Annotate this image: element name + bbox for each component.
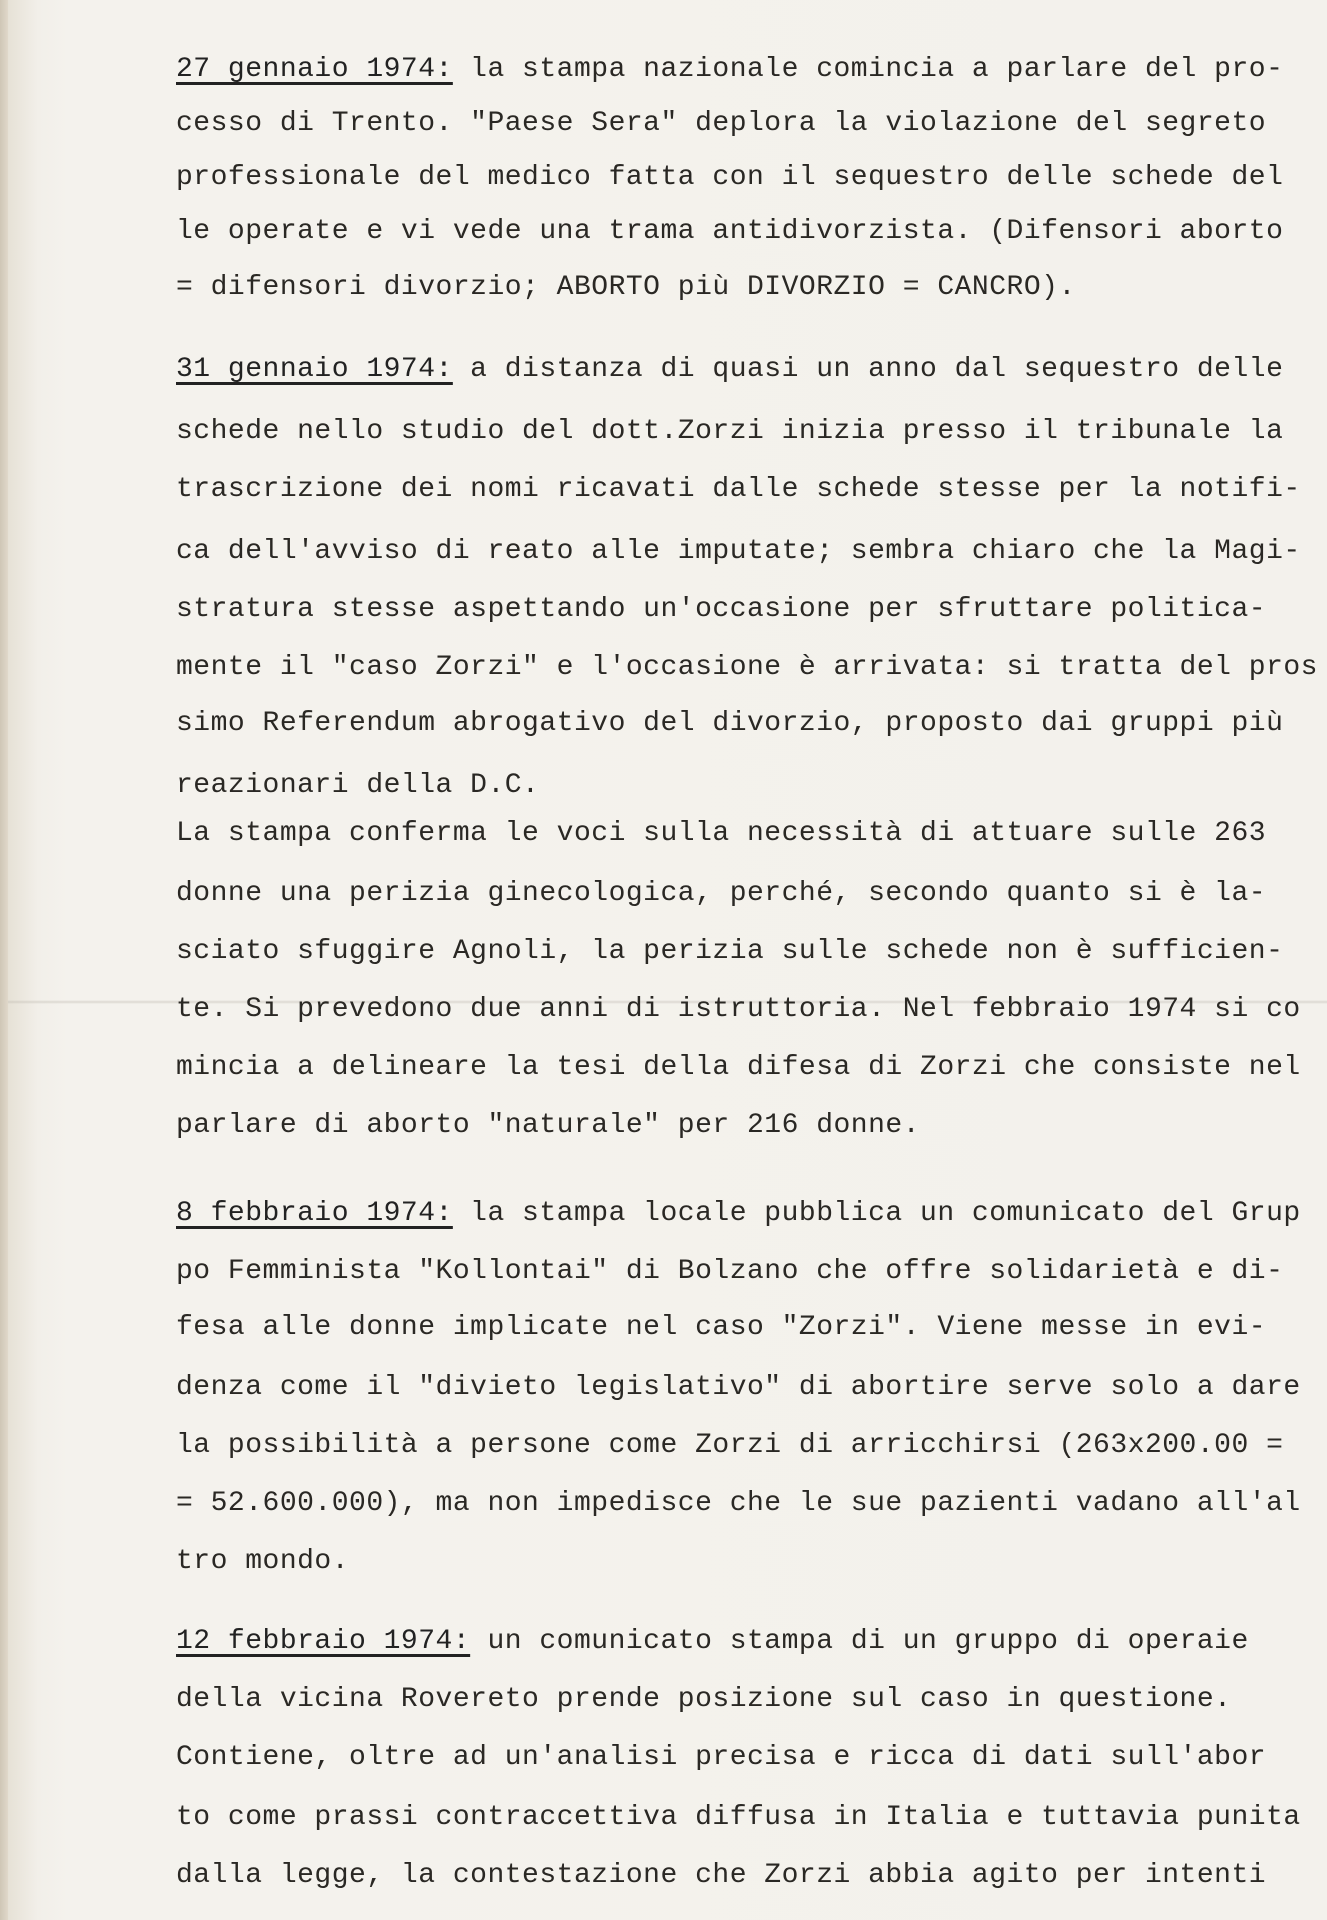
entry-line: to come prassi contraccettiva diffusa in… xyxy=(176,1804,1301,1832)
entry-line: te. Si prevedono due anni di istruttoria… xyxy=(176,996,1301,1024)
entry-date: 27 gennaio 1974: xyxy=(176,54,453,85)
entry-line: reazionari della D.C. xyxy=(176,772,539,800)
entry-line: = difensori divorzio; ABORTO più DIVORZI… xyxy=(176,274,1076,302)
entry-text: la stampa locale pubblica un comunicato … xyxy=(453,1198,1301,1229)
entry-date: 8 febbraio 1974: xyxy=(176,1198,453,1229)
entry-line: stratura stesse aspettando un'occasione … xyxy=(176,596,1266,624)
entry-text: a distanza di quasi un anno dal sequestr… xyxy=(453,354,1284,385)
typewritten-page: 27 gennaio 1974: la stampa nazionale com… xyxy=(8,0,1327,1920)
entry-line: cesso di Trento. "Paese Sera" deplora la… xyxy=(176,110,1266,138)
entry-line: 27 gennaio 1974: la stampa nazionale com… xyxy=(176,56,1283,84)
entry-line: professionale del medico fatta con il se… xyxy=(176,164,1283,192)
entry-line: 12 febbraio 1974: un comunicato stampa d… xyxy=(176,1628,1249,1656)
entry-line: mente il "caso Zorzi" e l'occasione è ar… xyxy=(176,654,1318,682)
entry-line: fesa alle donne implicate nel caso "Zorz… xyxy=(176,1314,1266,1342)
entry-text: un comunicato stampa di un gruppo di ope… xyxy=(470,1626,1249,1657)
entry-date: 12 febbraio 1974: xyxy=(176,1626,470,1657)
entry-line: tro mondo. xyxy=(176,1548,349,1576)
entry-line: donne una perizia ginecologica, perché, … xyxy=(176,880,1266,908)
entry-line: simo Referendum abrogativo del divorzio,… xyxy=(176,710,1283,738)
entry-line: po Femminista "Kollontai" di Bolzano che… xyxy=(176,1258,1283,1286)
entry-line: ca dell'avviso di reato alle imputate; s… xyxy=(176,538,1301,566)
entry-line: mincia a delineare la tesi della difesa … xyxy=(176,1054,1301,1082)
entry-line: 8 febbraio 1974: la stampa locale pubbli… xyxy=(176,1200,1301,1228)
entry-line: sciato sfuggire Agnoli, la perizia sulle… xyxy=(176,938,1283,966)
entry-line: Contiene, oltre ad un'analisi precisa e … xyxy=(176,1744,1266,1772)
entry-line: = 52.600.000), ma non impedisce che le s… xyxy=(176,1490,1301,1518)
entry-line: trascrizione dei nomi ricavati dalle sch… xyxy=(176,476,1301,504)
entry-line: parlare di aborto "naturale" per 216 don… xyxy=(176,1112,920,1140)
paper-edge xyxy=(0,0,8,1920)
entry-line: 31 gennaio 1974: a distanza di quasi un … xyxy=(176,356,1283,384)
entry-date: 31 gennaio 1974: xyxy=(176,354,453,385)
entry-line: le operate e vi vede una trama antidivor… xyxy=(176,218,1283,246)
entry-text: la stampa nazionale comincia a parlare d… xyxy=(453,54,1284,85)
entry-line: schede nello studio del dott.Zorzi inizi… xyxy=(176,418,1283,446)
entry-line: denza come il "divieto legislativo" di a… xyxy=(176,1374,1301,1402)
entry-line: della vicina Rovereto prende posizione s… xyxy=(176,1686,1231,1714)
entry-line: la possibilità a persone come Zorzi di a… xyxy=(176,1432,1283,1460)
entry-line: La stampa conferma le voci sulla necessi… xyxy=(176,820,1266,848)
entry-line: dalla legge, la contestazione che Zorzi … xyxy=(176,1862,1266,1890)
